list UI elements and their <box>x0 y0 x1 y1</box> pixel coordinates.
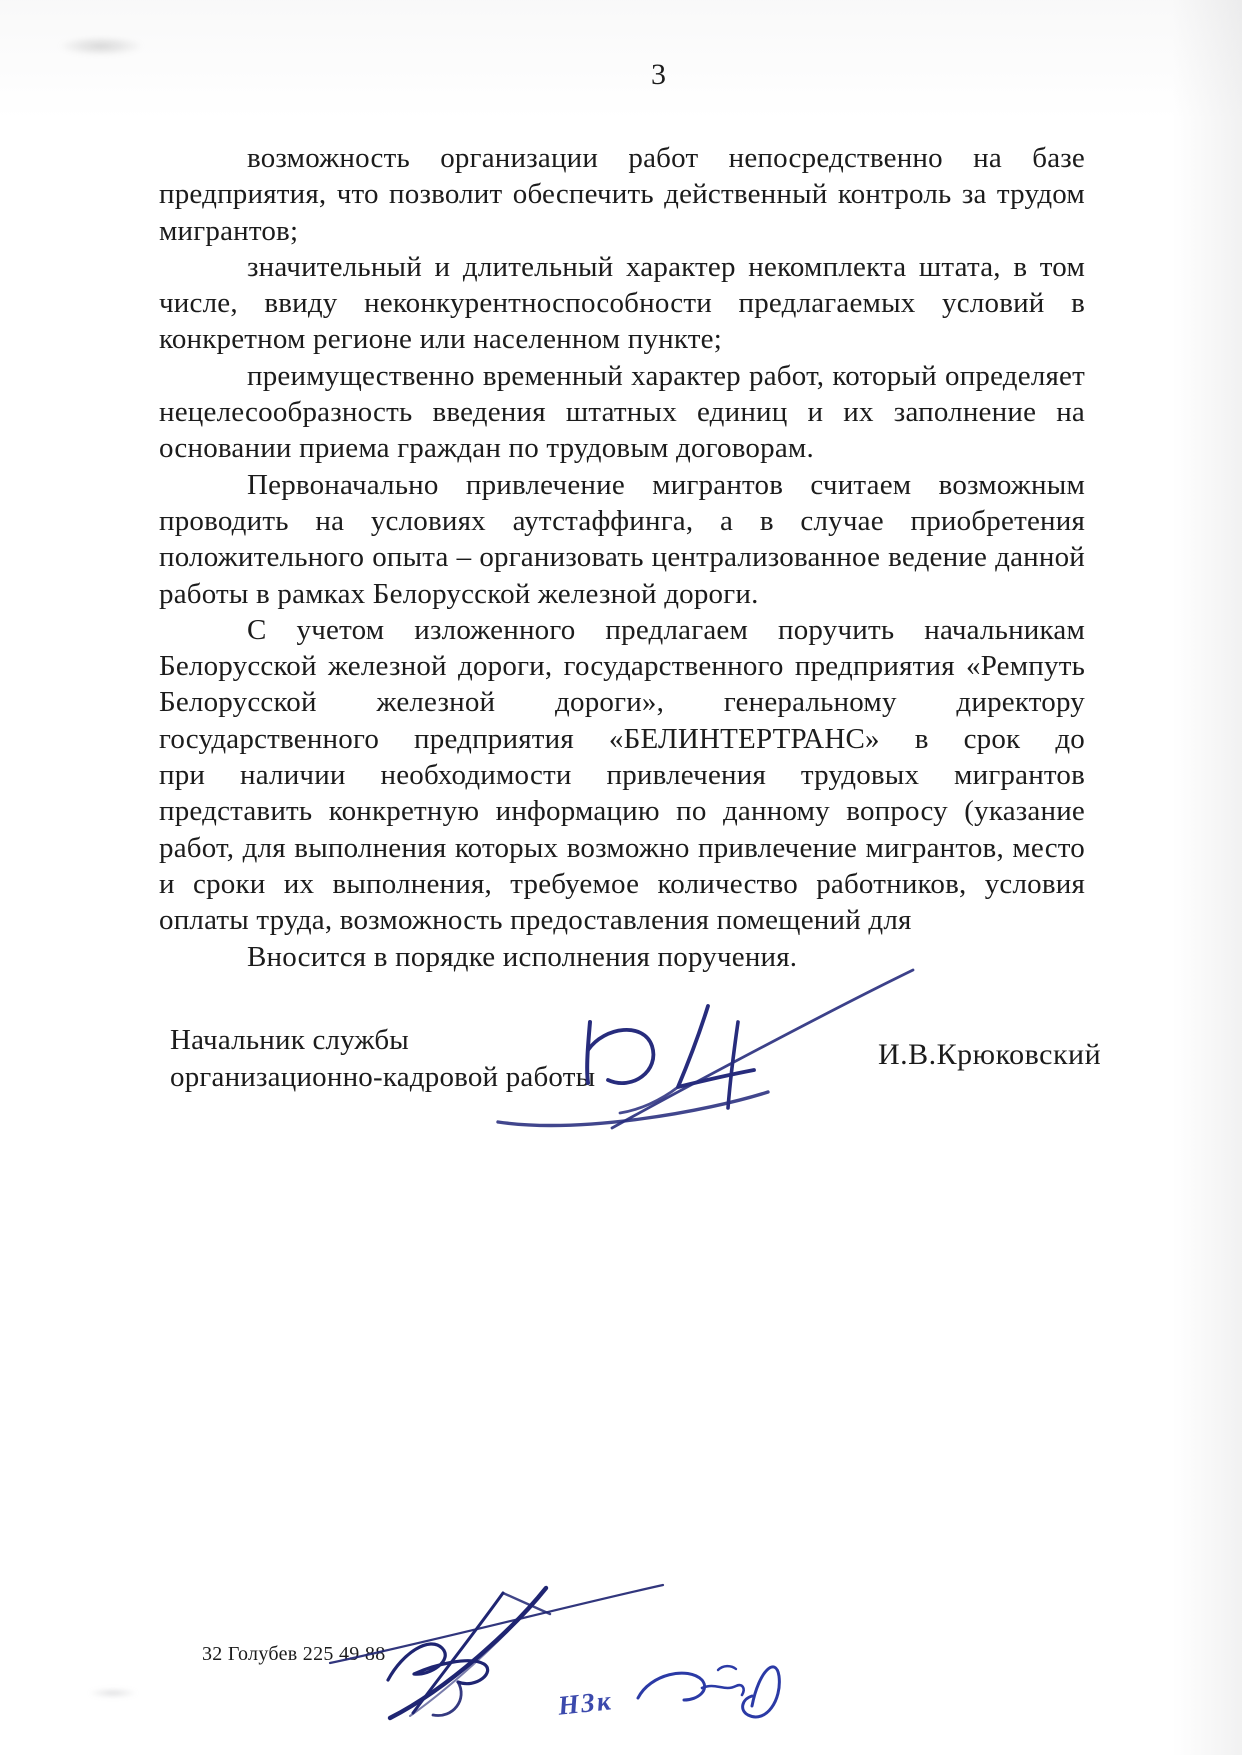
scan-shade-top <box>0 0 1242 120</box>
text-line: при наличии необходимости привлечения тр… <box>159 757 1085 793</box>
scan-shade-right <box>1172 0 1242 1755</box>
text-line: работ, для выполнения которых возможно п… <box>159 830 1085 866</box>
text-line: преимущественно временный характер работ… <box>159 358 1085 394</box>
document-page: 3 возможность организации работ непосред… <box>0 0 1242 1755</box>
text-line: Первоначально привлечение мигрантов счит… <box>159 467 1085 503</box>
text-line: Белорусской железной дороги, государстве… <box>159 648 1085 684</box>
signature-krukovsky <box>470 950 940 1140</box>
text-line: основании приема граждан по трудовым дог… <box>159 430 1085 466</box>
text-line: Белорусской железной дороги», генерально… <box>159 684 1085 720</box>
text-line: оплаты труда, возможность предоставления… <box>159 902 1085 938</box>
text-line: числе, ввиду неконкурентноспособности пр… <box>159 285 1085 321</box>
text-line: и сроки их выполнения, требуемое количес… <box>159 866 1085 902</box>
text-line: значительный и длительный характер неком… <box>159 249 1085 285</box>
handwritten-flourish <box>618 1648 798 1738</box>
text-line: нецелесообразность введения штатных един… <box>159 394 1085 430</box>
handwritten-note: НЗк <box>557 1685 614 1722</box>
text-line: проводить на условиях аутстаффинга, а в … <box>159 503 1085 539</box>
scan-smudge-bottom <box>88 1688 138 1698</box>
signatory-name: И.В.Крюковский <box>878 1038 1101 1072</box>
scan-smudge <box>58 36 144 56</box>
document-body: возможность организации работ непосредст… <box>159 140 1085 975</box>
text-line: возможность организации работ непосредст… <box>159 140 1085 176</box>
text-line: работы в рамках Белорусской железной дор… <box>159 576 1085 612</box>
text-line: С учетом изложенного предлагаем поручить… <box>159 612 1085 648</box>
text-line: представить конкретную информацию по дан… <box>159 793 1085 829</box>
page-number: 3 <box>651 58 666 92</box>
text-line: предприятия, что позволит обеспечить дей… <box>159 176 1085 212</box>
text-line: конкретном регионе или населенном пункте… <box>159 321 1085 357</box>
text-line: государственного предприятия «БЕЛИНТЕРТР… <box>159 721 1085 757</box>
text-line: положительного опыта – организовать цент… <box>159 539 1085 575</box>
text-line: мигрантов; <box>159 213 1085 249</box>
